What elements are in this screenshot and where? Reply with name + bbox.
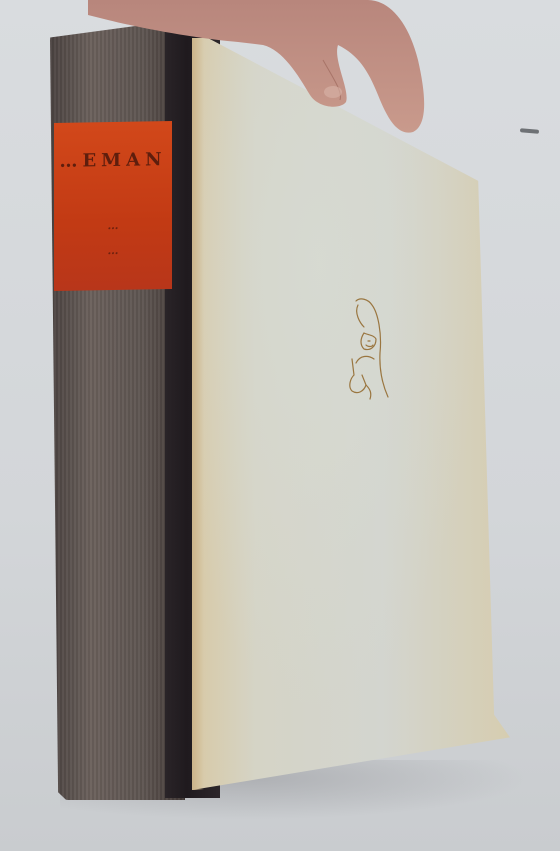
cover-edge-shading — [192, 38, 204, 790]
wall-mark — [520, 128, 539, 134]
child-sketch-icon — [342, 293, 392, 405]
photo-scene: …EMAN … … — [0, 0, 560, 851]
hand — [88, 0, 433, 135]
spine-label-title-2: … — [108, 244, 119, 257]
spine-label-title-1: … — [108, 219, 119, 232]
spine-label: …EMAN … … — [54, 121, 172, 291]
book-front-cover — [192, 38, 510, 790]
spine-label-author: …EMAN — [59, 149, 166, 172]
